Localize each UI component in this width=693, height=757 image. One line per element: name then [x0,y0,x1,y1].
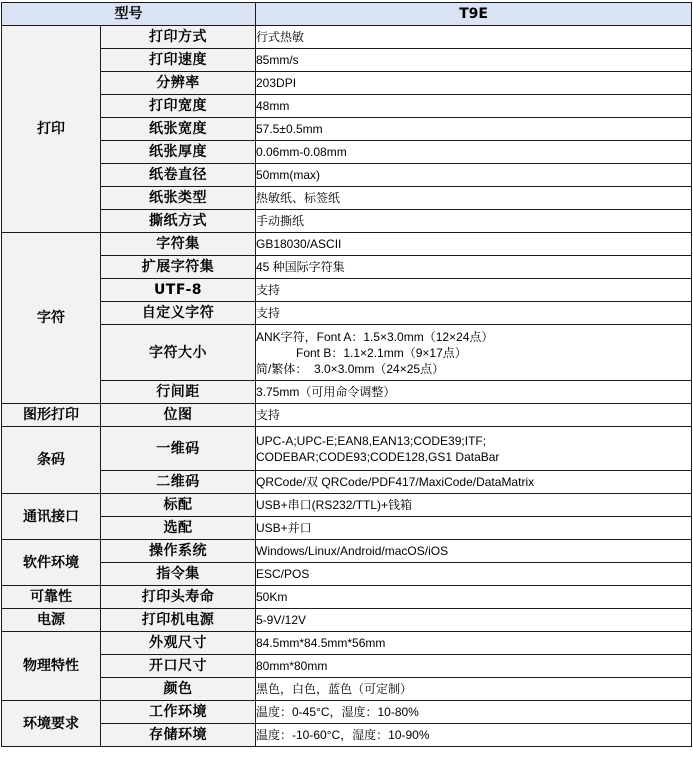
item-label: 工作环境 [101,701,256,724]
value-line: ANK字符，Font A：1.5×3.0mm（12×24点） [256,329,691,345]
item-label: 一维码 [101,427,256,471]
table-row: 字符大小 ANK字符，Font A：1.5×3.0mm（12×24点） Font… [2,325,692,381]
item-label: 字符集 [101,233,256,256]
item-label: 位图 [101,404,256,427]
group-reliability: 可靠性 [2,586,101,609]
item-label: 字符大小 [101,325,256,381]
header-row: 型号 T9E [2,3,692,26]
item-label: 打印头寿命 [101,586,256,609]
table-row: 打印宽度 48mm [2,95,692,118]
table-row: 纸卷直径 50mm(max) [2,164,692,187]
value-line: CODEBAR;CODE93;CODE128,GS1 DataBar [256,449,691,465]
value-line: 简/繁体： 3.0×3.0mm（24×25点） [256,361,691,377]
item-label: 行间距 [101,381,256,404]
item-value: 行式热敏 [256,26,692,49]
item-label: 外观尺寸 [101,632,256,655]
group-print: 打印 [2,26,101,233]
item-value: 84.5mm*84.5mm*56mm [256,632,692,655]
item-value: USB+并口 [256,517,692,540]
item-value: UPC-A;UPC-E;EAN8,EAN13;CODE39;ITF; CODEB… [256,427,692,471]
value-line: UPC-A;UPC-E;EAN8,EAN13;CODE39;ITF; [256,433,691,449]
table-row: 条码 一维码 UPC-A;UPC-E;EAN8,EAN13;CODE39;ITF… [2,427,692,471]
table-row: 扩展字符集 45 种国际字符集 [2,256,692,279]
item-value: Windows/Linux/Android/macOS/iOS [256,540,692,563]
table-row: 行间距 3.75mm（可用命令调整） [2,381,692,404]
item-value: ANK字符，Font A：1.5×3.0mm（12×24点） Font B：1.… [256,325,692,381]
item-label: 纸张厚度 [101,141,256,164]
item-label: 存储环境 [101,724,256,747]
item-value: 温度：-10-60°C，湿度：10-90% [256,724,692,747]
table-row: 指令集 ESC/POS [2,563,692,586]
group-interface: 通讯接口 [2,494,101,540]
table-row: 自定义字符 支持 [2,302,692,325]
table-row: 电源 打印机电源 5-9V/12V [2,609,692,632]
table-row: UTF-8 支持 [2,279,692,302]
value-line: Font B：1.1×2.1mm（9×17点） [256,345,691,361]
group-barcode: 条码 [2,427,101,494]
item-value: 45 种国际字符集 [256,256,692,279]
item-label: 开口尺寸 [101,655,256,678]
item-value: QRCode/双 QRCode/PDF417/MaxiCode/DataMatr… [256,471,692,494]
item-value: 手动撕纸 [256,210,692,233]
item-label: 二维码 [101,471,256,494]
table-row: 物理特性 外观尺寸 84.5mm*84.5mm*56mm [2,632,692,655]
item-value: 温度：0-45°C，湿度：10-80% [256,701,692,724]
table-row: 纸张类型 热敏纸、标签纸 [2,187,692,210]
item-label: 打印宽度 [101,95,256,118]
item-value: ESC/POS [256,563,692,586]
item-value: 203DPI [256,72,692,95]
model-label: 型号 [2,3,256,26]
item-value: 50Km [256,586,692,609]
item-label: 打印速度 [101,49,256,72]
item-value: USB+串口(RS232/TTL)+钱箱 [256,494,692,517]
item-value: 支持 [256,302,692,325]
group-power: 电源 [2,609,101,632]
table-row: 纸张宽度 57.5±0.5mm [2,118,692,141]
item-label: 纸卷直径 [101,164,256,187]
item-label: 标配 [101,494,256,517]
item-value: 5-9V/12V [256,609,692,632]
item-value: 支持 [256,404,692,427]
table-row: 二维码 QRCode/双 QRCode/PDF417/MaxiCode/Data… [2,471,692,494]
item-label: 纸张宽度 [101,118,256,141]
table-row: 打印速度 85mm/s [2,49,692,72]
table-row: 打印 打印方式 行式热敏 [2,26,692,49]
item-value: 85mm/s [256,49,692,72]
item-value: 80mm*80mm [256,655,692,678]
item-label: 撕纸方式 [101,210,256,233]
item-label: 颜色 [101,678,256,701]
item-label: 指令集 [101,563,256,586]
item-label: 扩展字符集 [101,256,256,279]
table-row: 纸张厚度 0.06mm-0.08mm [2,141,692,164]
item-label: 打印方式 [101,26,256,49]
table-row: 颜色 黑色，白色，蓝色（可定制） [2,678,692,701]
item-value: 黑色，白色，蓝色（可定制） [256,678,692,701]
table-row: 可靠性 打印头寿命 50Km [2,586,692,609]
group-graphics: 图形打印 [2,404,101,427]
item-value: 热敏纸、标签纸 [256,187,692,210]
item-value: 0.06mm-0.08mm [256,141,692,164]
item-label: 自定义字符 [101,302,256,325]
table-row: 通讯接口 标配 USB+串口(RS232/TTL)+钱箱 [2,494,692,517]
item-label: 打印机电源 [101,609,256,632]
group-physical: 物理特性 [2,632,101,701]
table-row: 存储环境 温度：-10-60°C，湿度：10-90% [2,724,692,747]
table-row: 图形打印 位图 支持 [2,404,692,427]
table-row: 分辨率 203DPI [2,72,692,95]
table-row: 字符 字符集 GB18030/ASCII [2,233,692,256]
item-label: 选配 [101,517,256,540]
item-value: 57.5±0.5mm [256,118,692,141]
group-characters: 字符 [2,233,101,404]
item-label: 分辨率 [101,72,256,95]
table-row: 开口尺寸 80mm*80mm [2,655,692,678]
item-label: 纸张类型 [101,187,256,210]
item-label: UTF-8 [101,279,256,302]
item-value: 支持 [256,279,692,302]
item-value: 50mm(max) [256,164,692,187]
spec-table: 型号 T9E 打印 打印方式 行式热敏 打印速度 85mm/s 分辨率 203D… [1,2,692,747]
item-label: 操作系统 [101,540,256,563]
table-row: 软件环境 操作系统 Windows/Linux/Android/macOS/iO… [2,540,692,563]
group-software: 软件环境 [2,540,101,586]
table-row: 撕纸方式 手动撕纸 [2,210,692,233]
group-environment: 环境要求 [2,701,101,747]
table-row: 环境要求 工作环境 温度：0-45°C，湿度：10-80% [2,701,692,724]
item-value: 3.75mm（可用命令调整） [256,381,692,404]
item-value: GB18030/ASCII [256,233,692,256]
table-row: 选配 USB+并口 [2,517,692,540]
model-value: T9E [256,3,692,26]
item-value: 48mm [256,95,692,118]
